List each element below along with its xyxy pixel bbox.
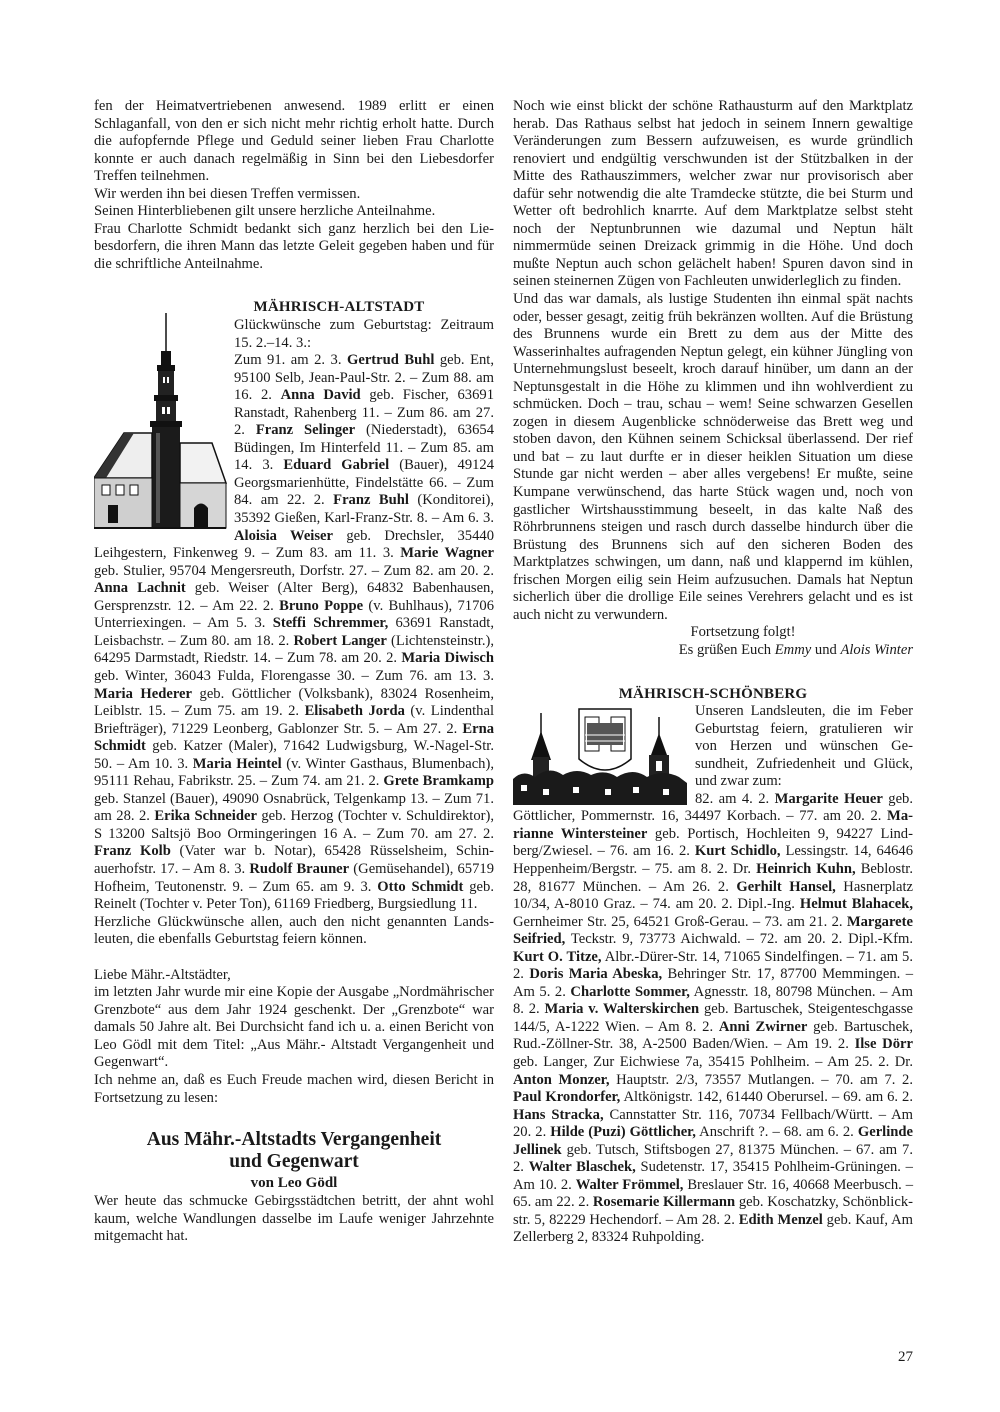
person-name: Erika Schneider <box>154 808 257 824</box>
person-name: Aloisia Weiser <box>234 528 333 544</box>
person-name: Kurt Schidlo, <box>695 843 781 859</box>
article-paragraph: Noch wie einst blickt der schöne Rathaus… <box>513 98 913 291</box>
person-name: Helmut Blahacek, <box>800 896 913 912</box>
person-name: Rosemarie Killermann <box>593 1194 735 1210</box>
person-name: Hilde (Puzi) Göttlicher, <box>550 1124 696 1140</box>
birthday-entry: Am 5. 2. Charlotte Sommer, Agnesstr. 18,… <box>513 984 891 1000</box>
obituary-paragraph: Seinen Hinterbliebenen gilt unsere herzl… <box>94 203 494 221</box>
person-name: Anni Zwirner <box>719 1019 808 1035</box>
person-name: Bruno Pop­pe <box>279 598 363 614</box>
left-column: fen der Heimatvertriebenen anwesend. 198… <box>94 98 494 1246</box>
right-column: Noch wie einst blickt der schöne Rathaus… <box>513 98 913 1247</box>
person-name: Walter Blaschek, <box>529 1159 636 1175</box>
article-paragraph: Und das war damals, als lustige Studente… <box>513 291 913 624</box>
person-name: Charlotte Sommer, <box>570 984 690 1000</box>
letter-salutation: Liebe Mähr.-Altstädter, <box>94 967 494 985</box>
birthday-entry: Am 10. 2. Walter Frömmel, Breslauer Str.… <box>513 1177 913 1193</box>
person-name: Anton Monzer, <box>513 1072 609 1088</box>
section-heading-schoenberg: MÄHRISCH-SCHÖNBERG <box>513 686 913 704</box>
person-name: Paul Krondorfer, <box>513 1089 620 1105</box>
person-name: Anna Lachnit <box>94 580 186 596</box>
signoff-name: Emmy <box>775 642 811 658</box>
person-name: Heinrich Kuhn, <box>756 861 856 877</box>
person-name: Rudolf Brauner <box>249 861 349 877</box>
person-name: Margarite Heuer <box>775 791 883 807</box>
person-name: Steffi Schremmer, <box>273 615 389 631</box>
schoenberg-birthday-list: 82. am 4. 2. Margarite Heuer geb. Göttli… <box>513 791 913 1247</box>
person-name: Edith Menzel <box>739 1212 823 1228</box>
person-name: Anna David <box>281 387 361 403</box>
person-name: Maria Hederer <box>94 686 192 702</box>
person-name: Gerhilt Hansel, <box>736 879 835 895</box>
person-name: Franz Kolb <box>94 843 171 859</box>
letter-body: im letzten Jahr wurde mir eine Kopie der… <box>94 984 494 1072</box>
person-name: Grete Bramkamp <box>383 773 494 789</box>
person-name: Eduard Gabriel <box>283 457 389 473</box>
obituary-paragraph: fen der Heimatvertriebenen anwesend. 198… <box>94 98 494 186</box>
person-name: Ilse Dörr <box>855 1036 913 1052</box>
person-name: Marie Wagner <box>400 545 494 561</box>
person-name: Maria Diwisch <box>401 650 494 666</box>
person-name: Hans Stracka, <box>513 1107 604 1123</box>
altstadt-closing: Herzliche Glückwünsche allen, auch den n… <box>94 914 494 949</box>
person-name: Robert Langer <box>294 633 387 649</box>
town-hall-tower-illustration <box>94 313 228 538</box>
obituary-paragraph: Frau Charlotte Schmidt bedankt sich ganz… <box>94 221 494 274</box>
article-header: Aus Mähr.-Altstadts Vergangenheit und Ge… <box>94 1129 494 1193</box>
page-number: 27 <box>898 1349 913 1366</box>
person-name: Otto Schmidt <box>377 879 463 895</box>
town-skyline-with-coat-of-arms-illustration <box>513 705 689 805</box>
person-name: Doris Maria Abeska, <box>529 966 662 982</box>
person-name: Maria Heintel <box>193 756 282 772</box>
article-title-line-1: Aus Mähr.-Altstadts Vergangenheit <box>94 1129 494 1151</box>
person-name: Franz Selinger <box>256 422 355 438</box>
person-name: Walter Frömmel, <box>576 1177 684 1193</box>
person-name: Maria v. Walterskirchen <box>545 1001 700 1017</box>
altstadt-birthday-block: Glückwünsche zum Geburtstag: Zeit­raum 1… <box>94 317 494 914</box>
article-author: von Leo Gödl <box>94 1173 494 1193</box>
signoff-name: Alois Winter <box>840 642 913 658</box>
person-name: Franz Buhl <box>333 492 409 508</box>
continuation-note: Fortsetzung folgt! <box>513 624 913 642</box>
person-name: Kurt O. Titze, <box>513 949 602 965</box>
person-name: Gertrud Buhl <box>347 352 434 368</box>
article-opening: Wer heute das schmucke Gebirgsstädtchen … <box>94 1193 494 1246</box>
letter-closing: Ich nehme an, daß es Euch Freude machen … <box>94 1072 494 1107</box>
schoenberg-birthday-block: Unseren Landsleuten, die im Feber Geburt… <box>513 703 913 1247</box>
person-name: Elisabeth Jorda <box>305 703 405 719</box>
signoff: Es grüßen Euch Emmy und Alois Winter <box>513 642 913 660</box>
obituary-paragraph: Wir werden ihn bei diesen Treffen vermis… <box>94 186 494 204</box>
article-title-line-2: und Gegenwart <box>94 1151 494 1173</box>
